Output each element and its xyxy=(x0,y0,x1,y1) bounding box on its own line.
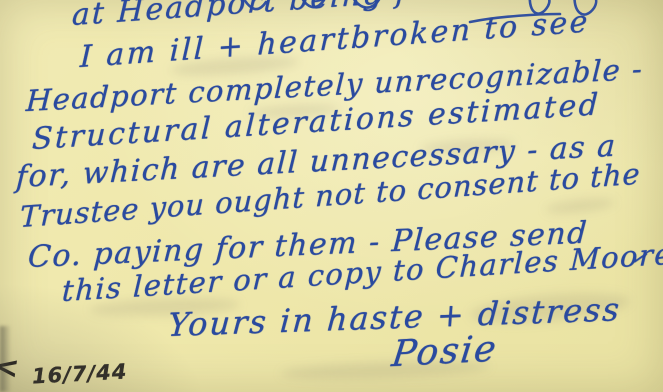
page-edge-shadow xyxy=(0,326,11,392)
date-annotation: 16/7/44 xyxy=(31,360,128,389)
signature: Posie xyxy=(389,328,500,375)
letter-page: at Headport being f I am ill + heartbrok… xyxy=(0,0,663,392)
bleedthrough-smudge xyxy=(545,196,616,215)
